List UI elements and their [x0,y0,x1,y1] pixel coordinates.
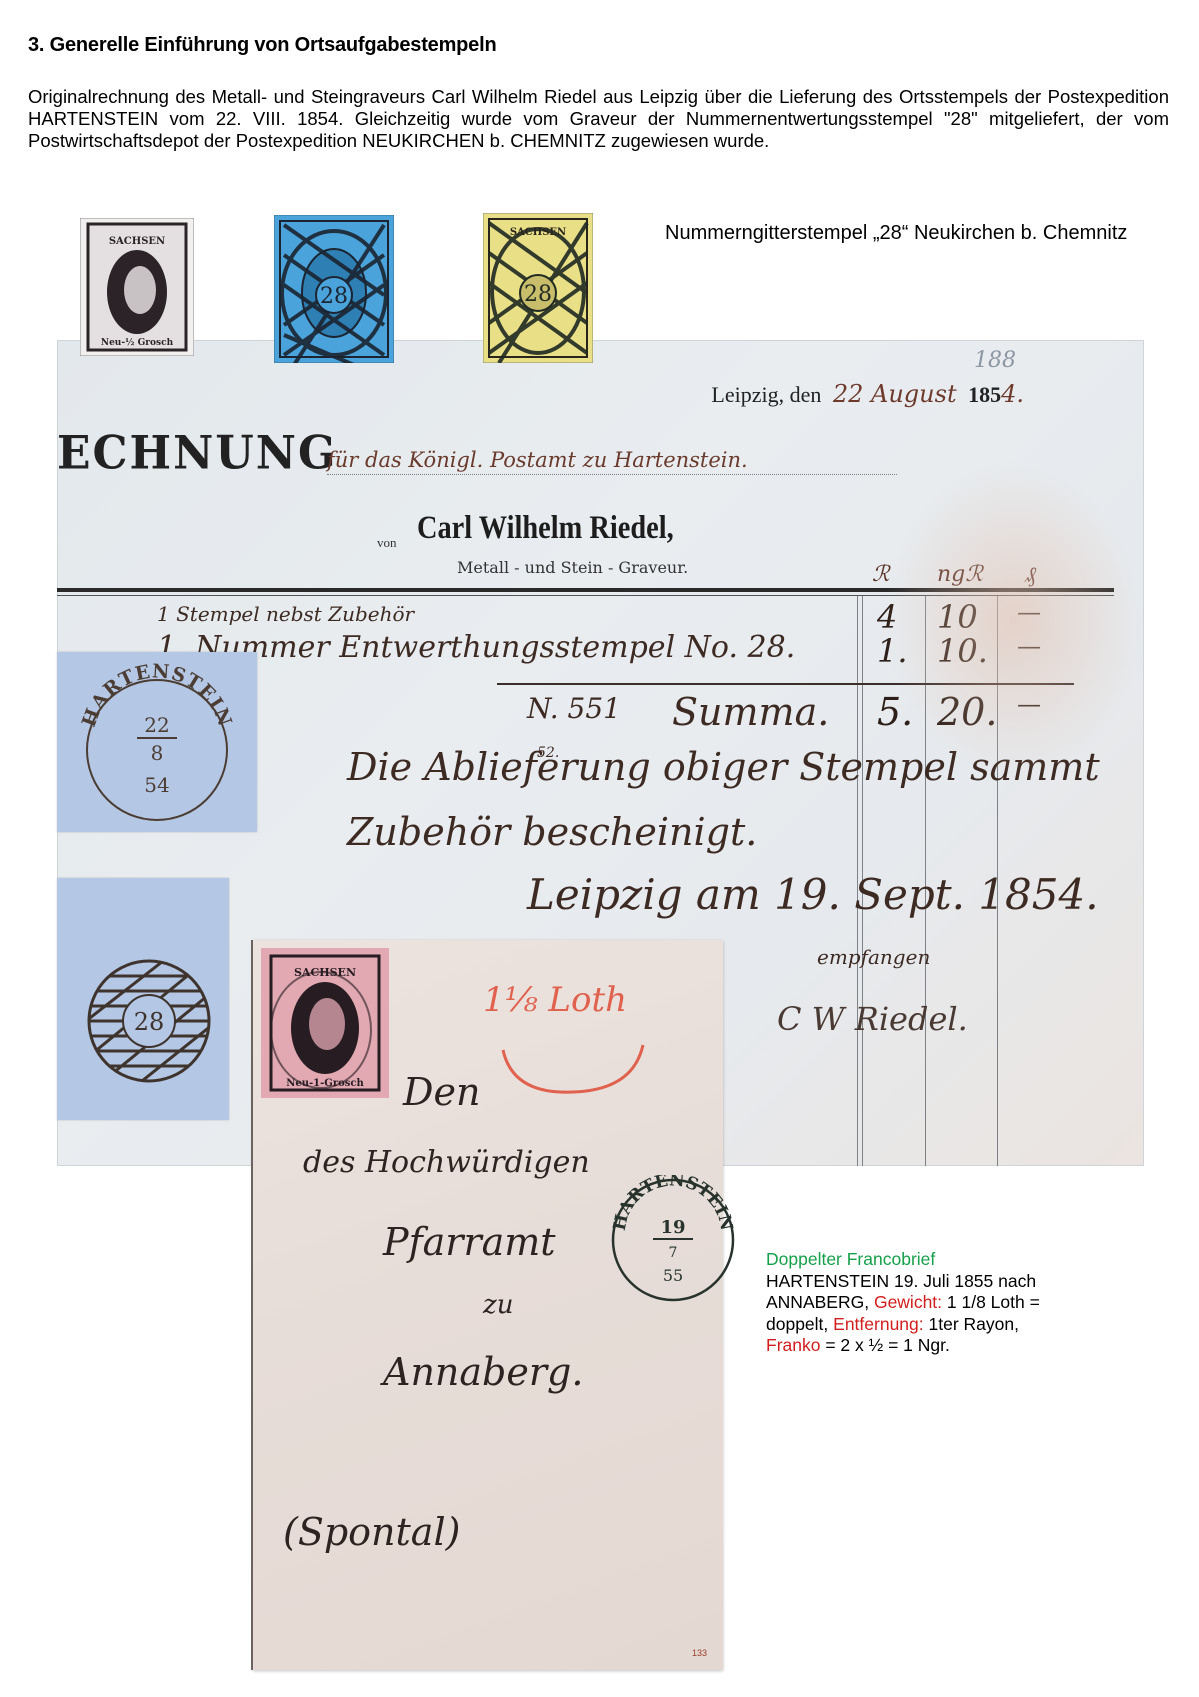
summa-pfennig: — [1017,690,1041,718]
summa-label: Summa. [672,690,829,734]
address-line-2: des Hochwürdigen [303,1145,590,1180]
envelope-corner-mark: 133 [692,1648,707,1658]
line-item-1-pfennig: — [1017,598,1041,626]
confirmation-line-2: Zubehör bescheinigt. [347,810,757,854]
line-item-1-text: 1 Stempel nebst Zubehör [157,602,414,626]
envelope-cover: SACHSEN Neu-1-Grosch 1⅛ Loth Den des Hoc… [253,940,723,1670]
sum-rule [497,683,1074,685]
svg-text:22: 22 [144,713,169,737]
confirmation-date: Leipzig am 19. Sept. 1854. [527,870,1099,919]
address-line-1: Den [403,1070,480,1114]
svg-text:28: 28 [320,284,348,309]
caption-letter: Doppelter Francobrief HARTENSTEIN 19. Ju… [766,1249,1066,1357]
svg-text:8: 8 [151,741,164,765]
bottom-note: (Spontal) [283,1510,460,1554]
svg-text:SACHSEN: SACHSEN [510,227,566,238]
address-line-3: Pfarramt [383,1220,556,1264]
postmark-piece: HARTENSTEIN 22 8 54 [57,652,257,832]
invoice-recipient: für das Königl. Postamt zu Hartenstein. [327,448,897,475]
grid-cancel-28: 28 [57,878,229,1120]
line-item-2-pfennig: — [1017,632,1041,660]
firm-trade: Metall - und Stein - Graveur. [457,558,688,577]
line-item-1-thaler: 4 [877,598,897,636]
column-head-groschen: ngℛ [937,562,983,587]
svg-text:Neu-1-Grosch: Neu-1-Grosch [286,1078,364,1089]
franko-label: Franko [766,1335,820,1355]
svg-text:Neu-½ Grosch: Neu-½ Grosch [101,337,174,348]
line-item-2-thaler: 1. [877,632,908,670]
svg-text:19: 19 [660,1217,685,1238]
invoice-dateline: Leipzig, den 22 August 1854. [711,380,1024,408]
svg-text:7: 7 [669,1245,678,1261]
place-printed: Leipzig, den [711,382,821,407]
summa-groschen: 20. [937,690,997,734]
year-printed: 185 [968,382,1001,407]
svg-text:SACHSEN: SACHSEN [109,236,165,247]
distance-value: 1ter Rayon, [924,1314,1019,1334]
svg-text:54: 54 [144,773,169,797]
svg-text:28: 28 [524,282,552,307]
svg-text:28: 28 [134,1008,165,1036]
column-head-thaler: ℛ [872,562,890,587]
red-underline-mark [493,1040,653,1100]
summa-thaler: 5. [877,690,913,734]
distance-label: Entfernung: [833,1314,923,1334]
line-item-2-groschen: 10. [937,632,988,670]
address-line-5: Annaberg. [383,1350,583,1394]
stamp-two-groschen: 28 [274,215,394,363]
received-note: empfangen [817,945,930,969]
firm-name: Carl Wilhelm Riedel, [417,510,674,547]
weight-note: 1⅛ Loth [483,980,627,1020]
franko-value: = 2 x ½ = 1 Ngr. [820,1335,949,1355]
stamp-half-groschen: SACHSEN Neu-½ Grosch [80,218,194,356]
invoice-title: ECHNUNG [57,427,338,481]
year-handwritten: 4. [1001,380,1024,408]
svg-text:55: 55 [663,1266,683,1285]
signature: C W Riedel. [777,1000,968,1038]
intro-paragraph: Originalrechnung des Metall- und Steingr… [28,86,1169,152]
header-rule-thin [57,595,1114,596]
header-rule [57,588,1114,592]
column-head-pfennig: ₰ [1025,562,1036,588]
caption-letter-title: Doppelter Francobrief [766,1249,1066,1271]
line-item-1-groschen: 10 [937,598,978,636]
from-label: von [377,535,397,551]
page-heading: 3. Generelle Einführung von Ortsaufgabes… [28,34,496,57]
stamp-three-groschen: 28 SACHSEN [483,213,593,363]
weight-label: Gewicht: [874,1292,942,1312]
archive-number: 188 [974,348,1016,373]
svg-text:SACHSEN: SACHSEN [294,966,356,979]
hartenstein-postmark-1855: HARTENSTEIN 19 7 55 [608,1175,738,1305]
address-line-4: zu [483,1290,513,1320]
confirmation-line-1: Die Ablieferung obiger Stempel sammt [347,745,1100,789]
caption-grid-cancel: Nummerngitterstempel „28“ Neukirchen b. … [665,220,1175,246]
hartenstein-postmark: HARTENSTEIN 22 8 54 [57,652,257,832]
ledger-reference: N. 551 [527,692,621,725]
grid-cancel-piece: 28 [57,878,229,1120]
date-handwritten: 22 August [833,380,957,408]
stamp-one-groschen: SACHSEN Neu-1-Grosch [261,948,389,1098]
